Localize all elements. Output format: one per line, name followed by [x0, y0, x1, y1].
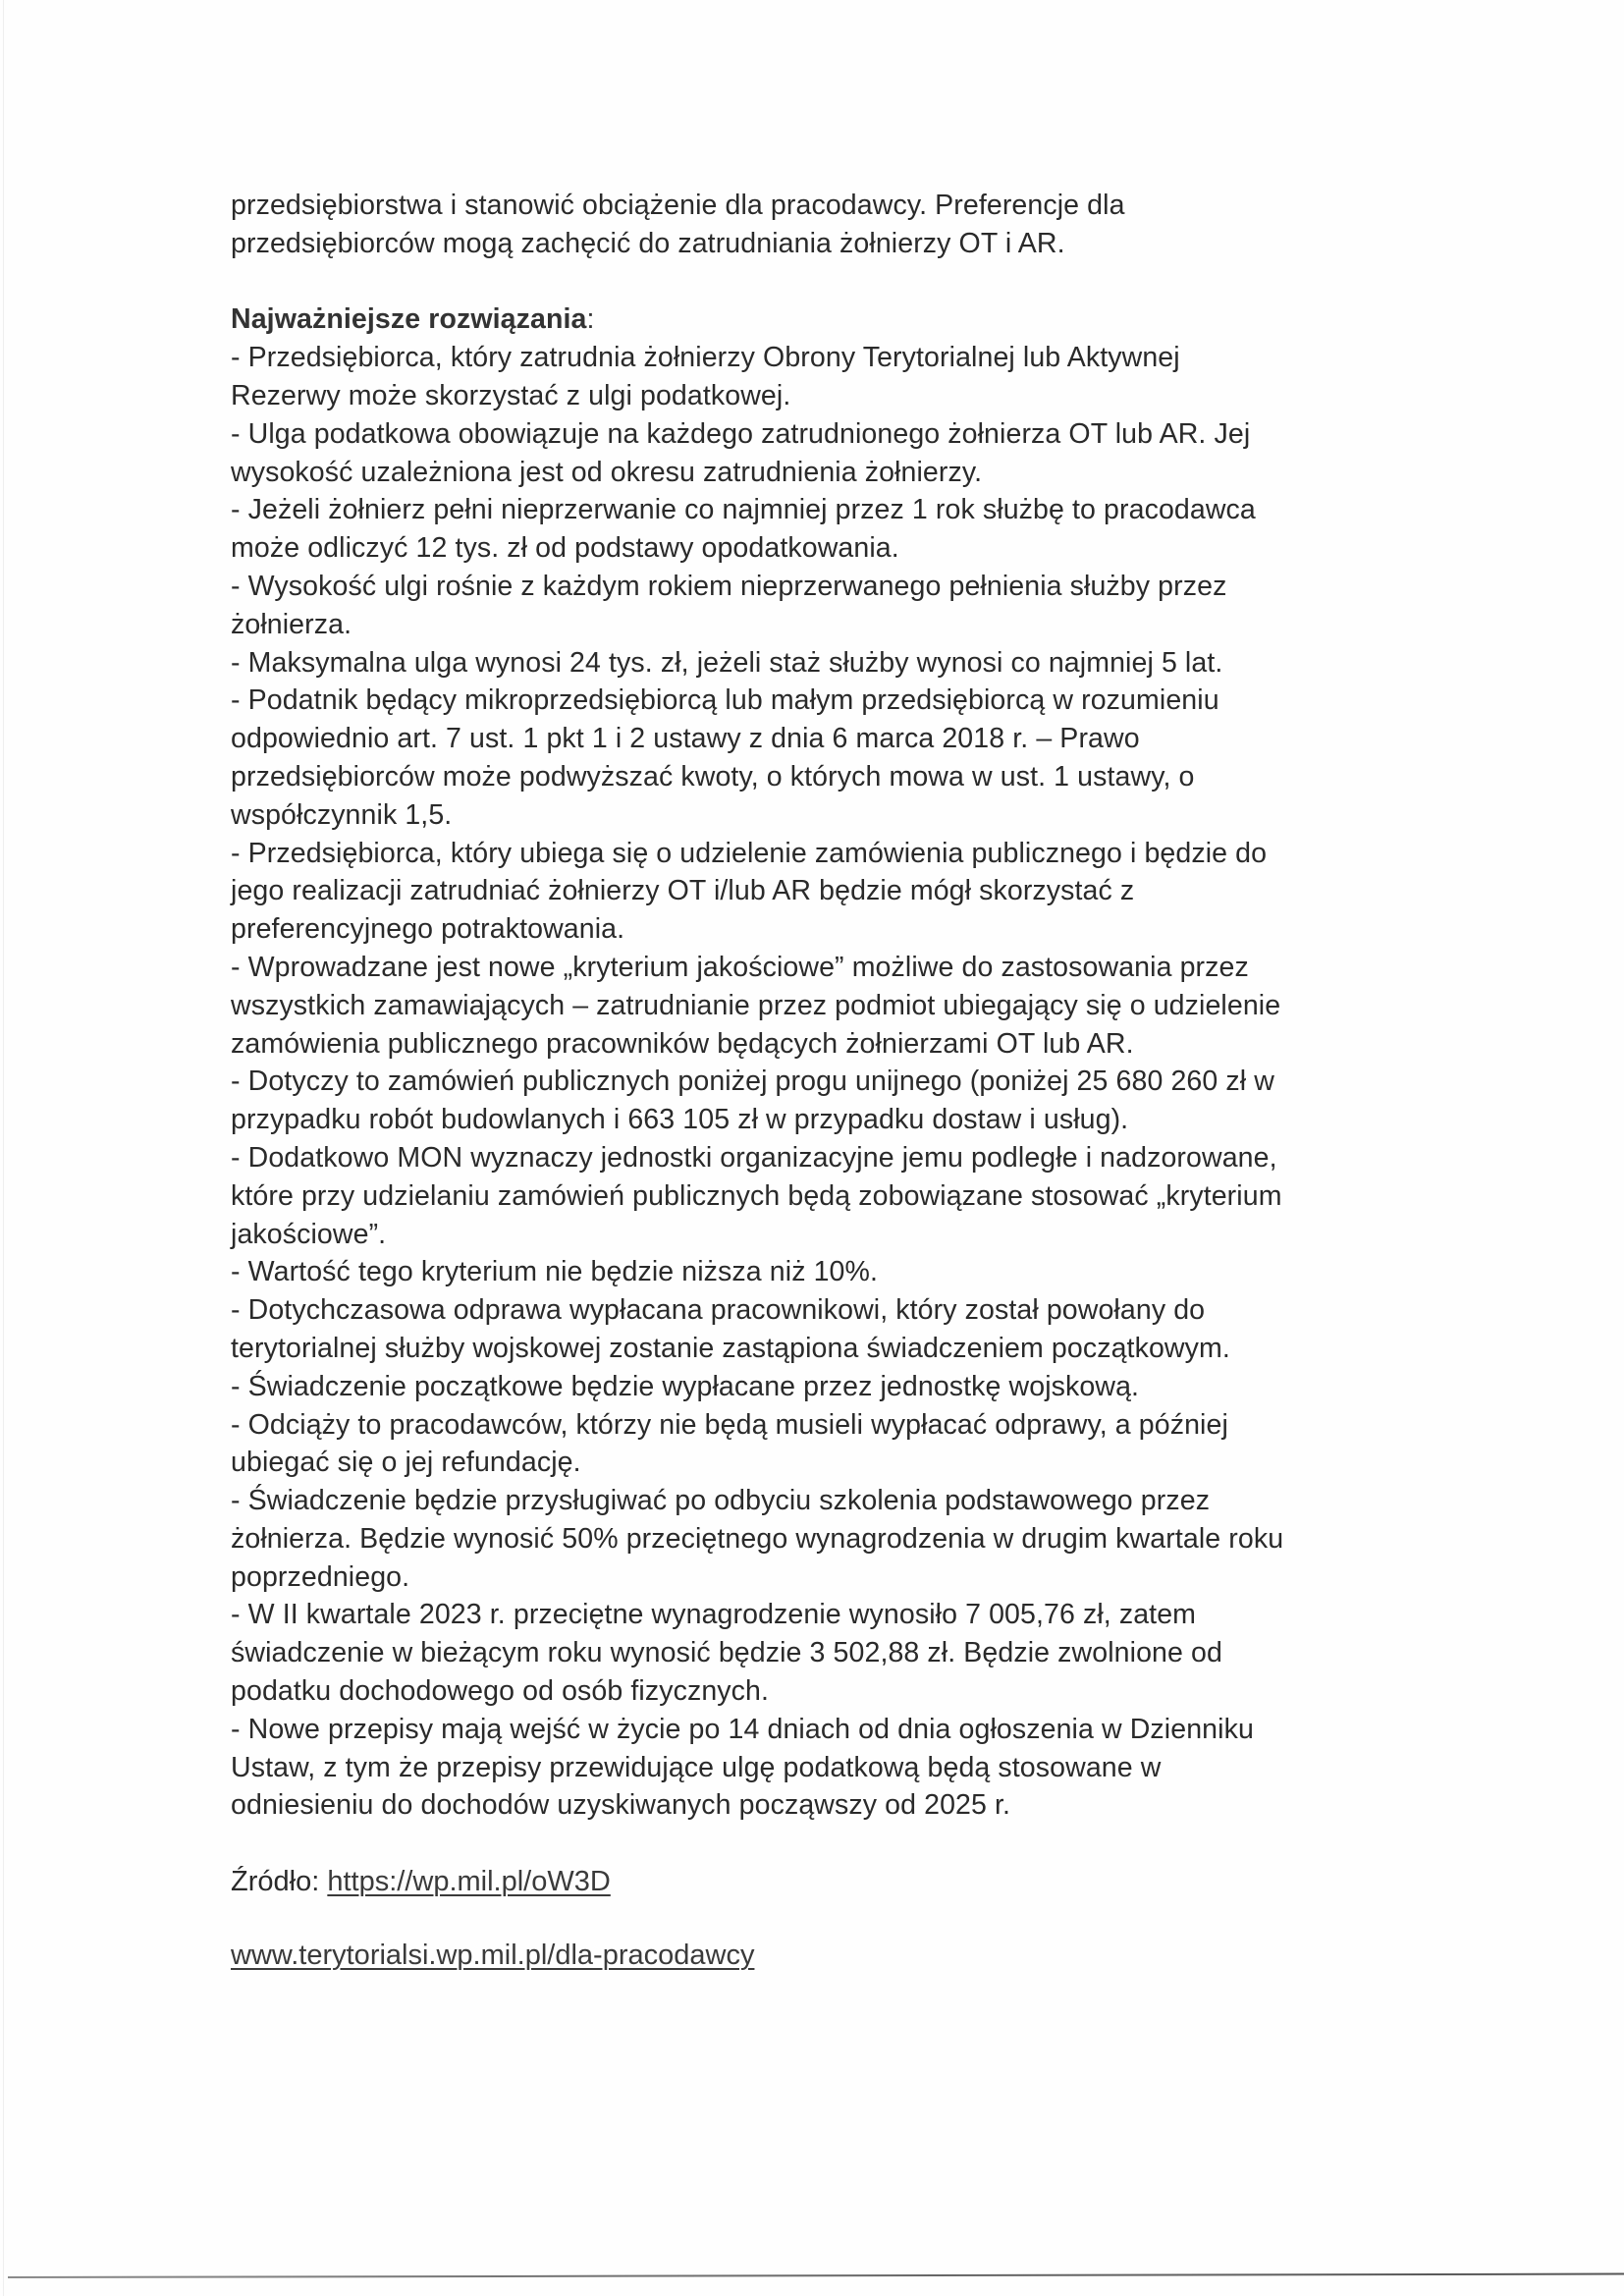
list-item-line: może odliczyć 12 tys. zł od podstawy opo…: [231, 529, 1448, 568]
paragraph-gap: [231, 263, 1468, 301]
list-item-line: współczynnik 1,5.: [231, 796, 1448, 835]
scan-bottom-edge-line: [8, 2273, 1624, 2278]
list-item-line: żołnierza.: [231, 606, 1448, 644]
website-row: www.terytorialsi.wp.mil.pl/dla-pracodawc…: [231, 1937, 754, 1975]
list-item-line: przedsiębiorców może podwyższać kwoty, o…: [231, 758, 1448, 796]
section-heading-colon: :: [587, 303, 595, 335]
list-item-line: - W II kwartale 2023 r. przeciętne wynag…: [231, 1596, 1448, 1634]
list-item-line: - Dotyczy to zamówień publicznych poniże…: [231, 1063, 1448, 1101]
list-item-line: - Maksymalna ulga wynosi 24 tys. zł, jeż…: [231, 644, 1448, 683]
intro-line: przedsiębiorstwa i stanowić obciążenie d…: [231, 187, 1448, 225]
list-item-line: - Świadczenie będzie przysługiwać po odb…: [231, 1482, 1448, 1520]
source-row: Źródło: https://wp.mil.pl/oW3D: [231, 1863, 754, 1901]
website-link[interactable]: www.terytorialsi.wp.mil.pl/dla-pracodawc…: [231, 1940, 754, 1971]
list-item-line: preferencyjnego potraktowania.: [231, 910, 1448, 949]
list-item-line: podatku dochodowego od osób fizycznych.: [231, 1672, 1448, 1711]
list-item-line: odniesieniu do dochodów uzyskiwanych poc…: [231, 1786, 1448, 1825]
list-item-line: - Wprowadzane jest nowe „kryterium jakoś…: [231, 949, 1448, 987]
section-heading: Najważniejsze rozwiązania:: [231, 301, 1448, 339]
list-item-line: - Dodatkowo MON wyznaczy jednostki organ…: [231, 1139, 1448, 1177]
section-heading-text: Najważniejsze rozwiązania: [231, 303, 587, 335]
document-body: przedsiębiorstwa i stanowić obciążenie d…: [231, 187, 1468, 1825]
list-item-line: terytorialnej służby wojskowej zostanie …: [231, 1330, 1448, 1368]
list-item-line: - Przedsiębiorca, który ubiega się o udz…: [231, 835, 1448, 873]
list-item-line: wysokość uzależniona jest od okresu zatr…: [231, 454, 1448, 492]
list-item-line: odpowiednio art. 7 ust. 1 pkt 1 i 2 usta…: [231, 720, 1448, 758]
list-item-line: - Przedsiębiorca, który zatrudnia żołnie…: [231, 339, 1448, 377]
list-item-line: - Świadczenie początkowe będzie wypłacan…: [231, 1368, 1448, 1406]
list-item-line: przypadku robót budowlanych i 663 105 zł…: [231, 1101, 1448, 1139]
list-item-line: świadczenie w bieżącym roku wynosić będz…: [231, 1634, 1448, 1672]
list-item-line: - Wartość tego kryterium nie będzie niżs…: [231, 1253, 1448, 1291]
list-item-line: ubiegać się o jej refundację.: [231, 1444, 1448, 1482]
scan-left-edge: [3, 0, 4, 2296]
list-item-line: zamówienia publicznego pracowników będąc…: [231, 1025, 1448, 1064]
list-item-line: które przy udzielaniu zamówień publiczny…: [231, 1177, 1448, 1216]
key-solutions-list: - Przedsiębiorca, który zatrudnia żołnie…: [231, 339, 1468, 1825]
list-item-line: Ustaw, z tym że przepisy przewidujące ul…: [231, 1749, 1448, 1787]
list-item-line: - Podatnik będący mikroprzedsiębiorcą lu…: [231, 682, 1448, 720]
list-item-line: jakościowe”.: [231, 1216, 1448, 1254]
list-item-line: jego realizacji zatrudniać żołnierzy OT …: [231, 872, 1448, 910]
list-item-line: Rezerwy może skorzystać z ulgi podatkowe…: [231, 377, 1448, 415]
list-item-line: - Odciąży to pracodawców, którzy nie będ…: [231, 1406, 1448, 1445]
source-link[interactable]: https://wp.mil.pl/oW3D: [327, 1866, 610, 1897]
list-item-line: - Jeżeli żołnierz pełni nieprzerwanie co…: [231, 491, 1448, 529]
intro-line: przedsiębiorców mogą zachęcić do zatrudn…: [231, 225, 1448, 263]
list-item-line: - Nowe przepisy mają wejść w życie po 14…: [231, 1711, 1448, 1749]
list-item-line: poprzedniego.: [231, 1558, 1448, 1597]
list-item-line: - Dotychczasowa odprawa wypłacana pracow…: [231, 1291, 1448, 1330]
source-label: Źródło:: [231, 1866, 319, 1897]
list-item-line: wszystkich zamawiających – zatrudnianie …: [231, 987, 1448, 1025]
list-item-line: żołnierza. Będzie wynosić 50% przeciętne…: [231, 1520, 1448, 1558]
source-block: Źródło: https://wp.mil.pl/oW3D www.teryt…: [231, 1863, 754, 1975]
scanned-page: przedsiębiorstwa i stanowić obciążenie d…: [0, 0, 1624, 2296]
list-item-line: - Ulga podatkowa obowiązuje na każdego z…: [231, 415, 1448, 454]
list-item-line: - Wysokość ulgi rośnie z każdym rokiem n…: [231, 568, 1448, 606]
